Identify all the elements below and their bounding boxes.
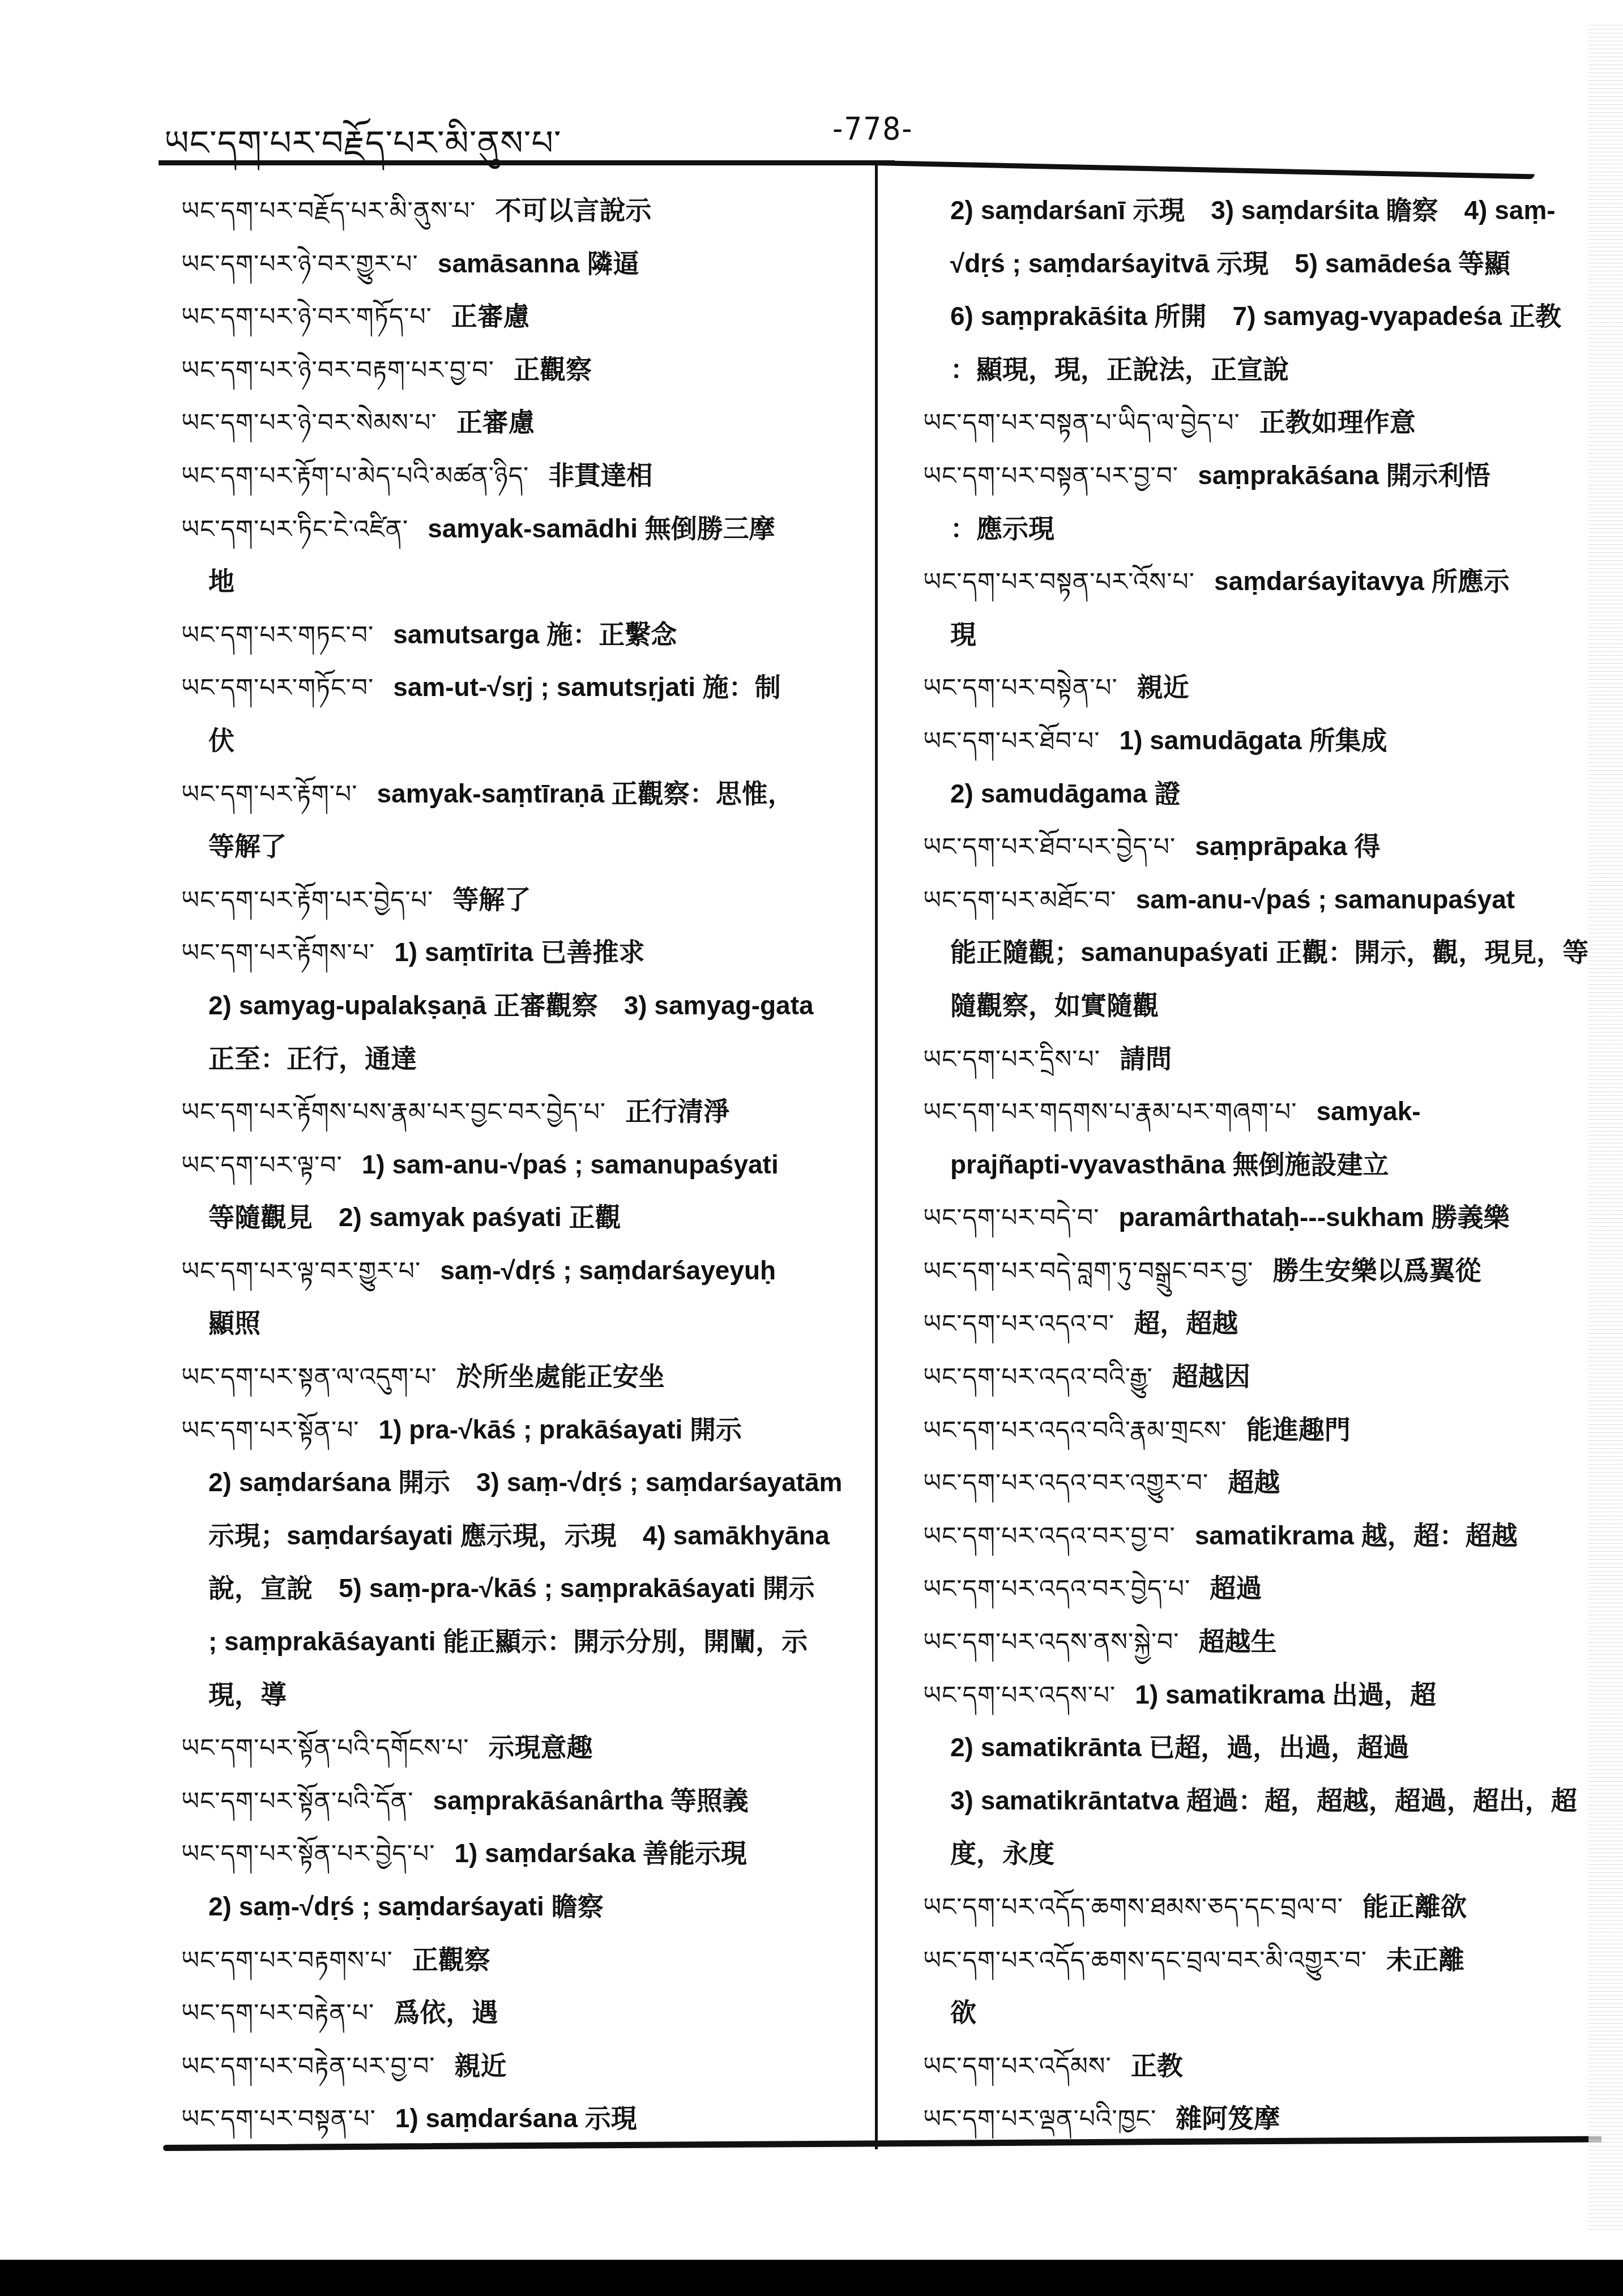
definition-text: 3) samatikrāntatva 超過：超，超越，超過，超出，超 bbox=[950, 1786, 1577, 1815]
definition-text: ; saṃprakāśayanti 能正顯示：開示分別，開闡，示 bbox=[208, 1627, 808, 1656]
definition-text: 超，超越 bbox=[1134, 1308, 1238, 1338]
definition-text: √dṛś ; saṃdarśayitvā 示現 5) samādeśa 等顯 bbox=[950, 249, 1510, 278]
dictionary-entry: ཡང་དག་པར་གཏོང་བ་sam-ut-√sṛj ; samutsṛjat… bbox=[181, 661, 861, 714]
definition-text: 正審慮 bbox=[451, 301, 529, 331]
dictionary-entry: ཡང་དག་པར་ལྟ་བ་1) sam-anu-√paś ; samanupa… bbox=[181, 1138, 861, 1192]
definition-text: samatikrama 越，超：超越 bbox=[1195, 1521, 1518, 1550]
definition-text: 地 bbox=[208, 566, 234, 596]
dictionary-entry: ཡང་དག་པར་རྟོག་པ་མེད་པའི་མཚན་ཉིད་非貫達相 bbox=[181, 449, 861, 502]
entry-continuation: 2) samatikrānta 已超，過，出過，超過 bbox=[923, 1721, 1574, 1774]
dictionary-entry: ཡང་དག་པར་བརྟེན་པ་爲依，遇 bbox=[181, 1986, 861, 2039]
entry-continuation: 顯照 bbox=[181, 1297, 861, 1350]
dictionary-entry: ཡང་དག་པར་རྟོག་པ་samyak-saṃtīraṇā 正觀察：思惟， bbox=[181, 767, 861, 821]
definition-text: 1) pra-√kāś ; prakāśayati 開示 bbox=[379, 1415, 742, 1444]
definition-text: 能正隨觀；samanupaśyati 正觀：開示，觀，現見，等 bbox=[950, 937, 1588, 967]
definition-text: 等解了 bbox=[452, 885, 531, 914]
definition-text: 等隨觀見 2) samyak paśyati 正觀 bbox=[208, 1202, 621, 1232]
definition-text: 2) saṃ-√dṛś ; saṃdarśayati 瞻察 bbox=[208, 1892, 604, 1921]
definition-text: saṃprāpaka 得 bbox=[1195, 831, 1380, 861]
column-divider bbox=[875, 161, 878, 2149]
definition-text: saṃprakāśanârtha 等照義 bbox=[433, 1786, 748, 1815]
definition-text: 2) samyag-upalakṣaṇā 正審觀察 3) samyag-gata bbox=[208, 991, 814, 1020]
dictionary-entry: ཡང་དག་པར་དྲིས་པ་請問 bbox=[923, 1032, 1574, 1086]
tibetan-headword: ཡང་དག་པར་གཏོང་བ་ bbox=[181, 673, 374, 702]
dictionary-entry: ཡང་དག་པར་རྟོགས་པ་1) saṃtīrita 已善推求 bbox=[181, 926, 861, 979]
definition-text: 勝生安樂以爲翼從 bbox=[1272, 1256, 1481, 1285]
definition-text: 欲 bbox=[950, 1998, 976, 2027]
dictionary-entry: ཡང་དག་པར་སྟོན་པའི་དགོངས་པ་示現意趣 bbox=[181, 1721, 861, 1774]
tibetan-headword: ཡང་དག་པར་འདས་པ་ bbox=[923, 1681, 1116, 1710]
definition-text: saṃprakāśana 開示利悟 bbox=[1198, 460, 1490, 490]
definition-text: 1) samudāgata 所集成 bbox=[1120, 725, 1387, 755]
dictionary-entry: ཡང་དག་པར་མཐོང་བ་sam-anu-√paś ; samanupaś… bbox=[923, 873, 1574, 927]
tibetan-headword: ཡང་དག་པར་སྟོན་པའི་དོན་ bbox=[181, 1787, 413, 1816]
tibetan-headword: ཡང་དག་པར་བདེ་བླག་ཏུ་བསྒྲུང་བར་བྱ་ bbox=[923, 1257, 1253, 1286]
entry-continuation: 現 bbox=[923, 608, 1574, 662]
definition-text: 親近 bbox=[1137, 672, 1189, 702]
dictionary-entry: ཡང་དག་པར་བརྗོད་པར་མི་ནུས་པ་不可以言說示 bbox=[181, 184, 861, 237]
definition-text: 2) saṃdarśana 開示 3) saṃ-√dṛś ; saṃdarśay… bbox=[208, 1467, 843, 1497]
definition-text: 1) sam-anu-√paś ; samanupaśyati bbox=[362, 1150, 779, 1179]
dictionary-entry: ཡང་དག་པར་བརྟེན་པར་བྱ་བ་親近 bbox=[181, 2039, 861, 2093]
entry-continuation: 地 bbox=[181, 555, 861, 608]
tibetan-headword: ཡང་དག་པར་བདེ་བ་ bbox=[923, 1204, 1099, 1232]
dictionary-entry: ཡང་དག་པར་འདའ་བ་超，超越 bbox=[923, 1297, 1574, 1350]
entry-continuation: 2) samyag-upalakṣaṇā 正審觀察 3) samyag-gata bbox=[181, 979, 861, 1032]
tibetan-headword: ཡང་དག་པར་འདའ་བའི་རྒྱུ་ bbox=[923, 1363, 1153, 1392]
entry-continuation: ; saṃprakāśayanti 能正顯示：開示分別，開闡，示 bbox=[181, 1615, 861, 1668]
definition-text: 正行清淨 bbox=[625, 1096, 729, 1126]
tibetan-headword: ཡང་དག་པར་དྲིས་པ་ bbox=[923, 1045, 1100, 1074]
entry-continuation: 說，宣說 5) saṃ-pra-√kāś ; saṃprakāśayati 開示 bbox=[181, 1562, 861, 1615]
definition-text: 正教如理作意 bbox=[1259, 407, 1416, 437]
dictionary-entry: ཡང་དག་པར་ཐོབ་པར་བྱེད་པ་saṃprāpaka 得 bbox=[923, 820, 1574, 873]
dictionary-entry: ཡང་དག་པར་ཉེ་བར་བརྟག་པར་བྱ་བ་正觀察 bbox=[181, 343, 861, 396]
definition-text: prajñapti-vyavasthāna 無倒施設建立 bbox=[950, 1150, 1389, 1179]
scan-bottom-bar bbox=[0, 2260, 1623, 2296]
definition-text: 親近 bbox=[455, 2051, 507, 2080]
tibetan-headword: ཡང་དག་པར་ལྟ་བ་ bbox=[181, 1151, 343, 1180]
dictionary-entry: ཡང་དག་པར་བདེ་བ་paramârthataḥ---sukham 勝義… bbox=[923, 1191, 1574, 1244]
definition-text: sam-anu-√paś ; samanupaśyat bbox=[1136, 885, 1515, 914]
tibetan-headword: ཡང་དག་པར་བརྗོད་པར་མི་ནུས་པ་ bbox=[181, 197, 476, 225]
tibetan-headword: ཡང་དག་པར་འདས་ནས་སྐྱེ་བ་ bbox=[923, 1628, 1180, 1657]
dictionary-entry: ཡང་དག་པར་སྟོན་པ་1) pra-√kāś ; prakāśayat… bbox=[181, 1403, 861, 1457]
dictionary-entry: ཡང་དག་པར་ལྡན་པའི་ཁྱང་雜阿笈摩 bbox=[923, 2092, 1574, 2145]
tibetan-headword: ཡང་དག་པར་གཏང་བ་ bbox=[181, 621, 374, 650]
header-rule-curved bbox=[872, 160, 1535, 180]
dictionary-entry: ཡང་དག་པར་གདགས་པ་རྣམ་པར་གཞག་པ་samyak- bbox=[923, 1085, 1574, 1138]
entry-continuation: 2) saṃdarśanī 示現 3) saṃdarśita 瞻察 4) saṃ… bbox=[923, 184, 1574, 237]
tibetan-headword: ཡང་དག་པར་འདའ་བར་འགྱུར་བ་ bbox=[923, 1469, 1208, 1497]
dictionary-entry: ཡང་དག་པར་གཏང་བ་samutsarga 施：正繫念 bbox=[181, 608, 861, 662]
definition-text: paramârthataḥ---sukham 勝義樂 bbox=[1118, 1202, 1509, 1232]
definition-text: sam-ut-√sṛj ; samutsṛjati 施：制 bbox=[393, 672, 781, 702]
dictionary-entry: ཡང་དག་པར་སྟོན་པར་བྱེད་པ་1) saṃdarśaka 善能… bbox=[181, 1827, 861, 1880]
tibetan-headword: ཡང་དག་པར་སྟན་ལ་འདུག་པ་ bbox=[181, 1363, 437, 1392]
dictionary-entry: ཡང་དག་པར་ཐོབ་པ་1) samudāgata 所集成 bbox=[923, 714, 1574, 767]
definition-text: samutsarga 施：正繫念 bbox=[393, 620, 677, 649]
entry-continuation: prajñapti-vyavasthāna 無倒施設建立 bbox=[923, 1138, 1574, 1192]
definition-text: 非貫達相 bbox=[548, 460, 652, 490]
tibetan-headword: ཡང་དག་པར་བསྟན་པ་ཡིད་ལ་བྱེད་པ་ bbox=[923, 408, 1240, 437]
definition-text: 6) saṃprakāśita 所開 7) samyag-vyapadeśa 正… bbox=[950, 301, 1561, 331]
tibetan-headword: ཡང་དག་པར་འདའ་བའི་རྣམ་གྲངས་ bbox=[923, 1416, 1227, 1445]
definition-text: 正觀察 bbox=[412, 1945, 490, 1974]
entry-continuation: 2) samudāgama 證 bbox=[923, 767, 1574, 821]
definition-text: 超越 bbox=[1228, 1467, 1280, 1497]
tibetan-headword: ཡང་དག་པར་བསྟན་པར་བྱ་བ་ bbox=[923, 462, 1178, 490]
tibetan-headword: ཡང་དག་པར་བསྟེན་པ་ bbox=[923, 673, 1118, 702]
definition-text: 未正離 bbox=[1386, 1945, 1464, 1974]
right-column: 2) saṃdarśanī 示現 3) saṃdarśita 瞻察 4) saṃ… bbox=[923, 184, 1574, 2145]
dictionary-entry: ཡང་དག་པར་འདའ་བར་བྱ་བ་samatikrama 越，超：超越 bbox=[923, 1509, 1574, 1563]
entry-continuation: 等隨觀見 2) samyak paśyati 正觀 bbox=[181, 1191, 861, 1244]
dictionary-entry: ཡང་དག་པར་བསྟེན་པ་親近 bbox=[923, 661, 1574, 714]
tibetan-headword: ཡང་དག་པར་འདའ་བ་ bbox=[923, 1309, 1114, 1338]
definition-text: samyak-samādhi 無倒勝三摩 bbox=[428, 514, 775, 543]
dictionary-entry: ཡང་དག་པར་འདོམས་正教 bbox=[923, 2039, 1574, 2093]
tibetan-headword: ཡང་དག་པར་ཉེ་བར་སེམས་པ་ bbox=[181, 408, 437, 437]
dictionary-entry: ཡང་དག་པར་སྟོན་པའི་དོན་saṃprakāśanârtha 等… bbox=[181, 1774, 861, 1828]
header-rule bbox=[159, 160, 895, 165]
definition-text: 能進趣門 bbox=[1246, 1415, 1351, 1444]
tibetan-headword: ཡང་དག་པར་ཐོབ་པར་བྱེད་པ་ bbox=[923, 833, 1176, 861]
page-number: -778- bbox=[832, 110, 913, 147]
definition-text: 2) samatikrānta 已超，過，出過，超過 bbox=[950, 1732, 1409, 1762]
tibetan-headword: ཡང་དག་པར་བརྟེན་པར་བྱ་བ་ bbox=[181, 2052, 435, 2081]
entry-continuation: 6) saṃprakāśita 所開 7) samyag-vyapadeśa 正… bbox=[923, 290, 1574, 343]
dictionary-entry: ཡང་དག་པར་བསྟན་པར་འོས་པ་saṃdarśayitavya 所… bbox=[923, 555, 1574, 608]
definition-text: ：應示現 bbox=[950, 514, 1054, 543]
tibetan-headword: ཡང་དག་པར་རྟོགས་པས་རྣམ་པར་བྱང་བར་བྱེད་པ་ bbox=[181, 1098, 606, 1126]
tibetan-headword: ཡང་དག་པར་འདོམས་ bbox=[923, 2052, 1112, 2081]
dictionary-entry: ཡང་དག་པར་རྟོག་པར་བྱེད་པ་等解了 bbox=[181, 873, 861, 927]
tibetan-headword: ཡང་དག་པར་བསྟན་པ་ bbox=[181, 2105, 376, 2133]
dictionary-entry: ཡང་དག་པར་འདའ་བར་བྱེད་པ་超過 bbox=[923, 1562, 1574, 1615]
definition-text: 超越生 bbox=[1199, 1627, 1277, 1656]
tibetan-headword: ཡང་དག་པར་སྟོན་པར་བྱེད་པ་ bbox=[181, 1840, 435, 1868]
tibetan-headword: ཡང་དག་པར་རྟོག་པ་ bbox=[181, 780, 358, 809]
entry-continuation: 現，導 bbox=[181, 1668, 861, 1722]
definition-text: 不可以言說示 bbox=[496, 195, 652, 225]
definition-text: 2) saṃdarśanī 示現 3) saṃdarśita 瞻察 4) saṃ… bbox=[950, 195, 1556, 225]
dictionary-entry: ཡང་དག་པར་འདའ་བའི་རྣམ་གྲངས་能進趣門 bbox=[923, 1403, 1574, 1457]
tibetan-headword: ཡང་དག་པར་འདའ་བར་བྱ་བ་ bbox=[923, 1522, 1176, 1551]
definition-text: 示現意趣 bbox=[489, 1732, 593, 1762]
definition-text: 說，宣說 5) saṃ-pra-√kāś ; saṃprakāśayati 開示 bbox=[208, 1573, 815, 1603]
entry-continuation: 能正隨觀；samanupaśyati 正觀：開示，觀，現見，等 bbox=[923, 926, 1574, 979]
definition-text: 2) samudāgama 證 bbox=[950, 779, 1180, 808]
tibetan-headword: ཡང་དག་པར་བརྟགས་པ་ bbox=[181, 1946, 393, 1975]
tibetan-headword: ཡང་དག་པར་འདོད་ཆགས་ཐམས་ཅད་དང་བྲལ་བ་ bbox=[923, 1893, 1343, 1922]
dictionary-entry: ཡང་དག་པར་འདས་པ་1) samatikrama 出過，超 bbox=[923, 1668, 1574, 1722]
entry-continuation: 2) saṃ-√dṛś ; saṃdarśayati 瞻察 bbox=[181, 1880, 861, 1934]
definition-text: saṃdarśayitavya 所應示 bbox=[1214, 566, 1510, 596]
dictionary-entry: ཡང་དག་པར་བདེ་བླག་ཏུ་བསྒྲུང་བར་བྱ་勝生安樂以爲翼… bbox=[923, 1244, 1574, 1298]
entry-continuation: ：應示現 bbox=[923, 502, 1574, 556]
entry-continuation: 伏 bbox=[181, 714, 861, 767]
definition-text: 現，導 bbox=[208, 1680, 287, 1709]
entry-continuation: 3) samatikrāntatva 超過：超，超越，超過，超出，超 bbox=[923, 1774, 1574, 1828]
tibetan-headword: ཡང་དག་པར་རྟོག་པར་བྱེད་པ་ bbox=[181, 886, 433, 915]
definition-text: samāsanna 隣逼 bbox=[438, 249, 639, 278]
entry-continuation: 示現；saṃdarśayati 應示現，示現 4) samākhyāna bbox=[181, 1509, 861, 1563]
definition-text: samyak- bbox=[1316, 1096, 1420, 1126]
definition-text: 1) saṃtīrita 已善推求 bbox=[394, 937, 644, 967]
dictionary-entry: ཡང་དག་པར་བསྟན་པ་ཡིད་ལ་བྱེད་པ་正教如理作意 bbox=[923, 396, 1574, 449]
tibetan-headword: ཡང་དག་པར་བརྟེན་པ་ bbox=[181, 1999, 374, 2028]
dictionary-entry: ཡང་དག་པར་སྟན་ལ་འདུག་པ་於所坐處能正安坐 bbox=[181, 1350, 861, 1403]
tibetan-headword: ཡང་དག་པར་ཉེ་བར་བརྟག་པར་བྱ་བ་ bbox=[181, 356, 494, 385]
tibetan-headword: ཡང་དག་པར་མཐོང་བ་ bbox=[923, 886, 1117, 915]
definition-text: 於所坐處能正安坐 bbox=[456, 1362, 665, 1391]
tibetan-headword: ཡང་དག་པར་རྟོགས་པ་ bbox=[181, 938, 375, 967]
left-column: ཡང་དག་པར་བརྗོད་པར་མི་ནུས་པ་不可以言說示ཡང་དག་པ… bbox=[181, 184, 861, 2145]
tibetan-headword: ཡང་དག་པར་སྟོན་པ་ bbox=[181, 1416, 360, 1445]
tibetan-headword: ཡང་དག་པར་ཉེ་བར་གཏོད་པ་ bbox=[181, 302, 432, 331]
dictionary-entry: ཡང་དག་པར་བརྟགས་པ་正觀察 bbox=[181, 1934, 861, 1987]
dictionary-entry: ཡང་དག་པར་ཉེ་བར་གཏོད་པ་正審慮 bbox=[181, 290, 861, 343]
tibetan-headword: ཡང་དག་པར་ལྟ་བར་གྱུར་པ་ bbox=[181, 1257, 421, 1286]
dictionary-entry: ཡང་དག་པར་ཏིང་ངེ་འཛིན་samyak-samādhi 無倒勝三… bbox=[181, 502, 861, 556]
scan-edge-noise bbox=[1588, 23, 1623, 2231]
definition-text: saṃ-√dṛś ; saṃdarśayeyuḥ bbox=[440, 1256, 776, 1285]
definition-text: 正觀察 bbox=[514, 355, 592, 384]
entry-continuation: 隨觀察，如實隨觀 bbox=[923, 979, 1574, 1032]
dictionary-entry: ཡང་དག་པར་ཉེ་བར་གྱུར་པ་samāsanna 隣逼 bbox=[181, 237, 861, 291]
definition-text: 1) saṃdarśaka 善能示現 bbox=[454, 1838, 746, 1868]
definition-text: 1) samatikrama 出過，超 bbox=[1135, 1680, 1436, 1709]
dictionary-entry: ཡང་དག་པར་འདོད་ཆགས་ཐམས་ཅད་དང་བྲལ་བ་能正離欲 bbox=[923, 1880, 1574, 1934]
definition-text: samyak-saṃtīraṇā 正觀察：思惟， bbox=[377, 779, 794, 808]
definition-text: 示現；saṃdarśayati 應示現，示現 4) samākhyāna bbox=[208, 1521, 830, 1550]
tibetan-headword: ཡང་དག་པར་བསྟན་པར་འོས་པ་ bbox=[923, 567, 1195, 596]
tibetan-headword: ཡང་དག་པར་སྟོན་པའི་དགོངས་པ་ bbox=[181, 1734, 469, 1762]
definition-text: 超越因 bbox=[1172, 1362, 1250, 1391]
tibetan-headword: ཡང་དག་པར་འདའ་བར་བྱེད་པ་ bbox=[923, 1574, 1190, 1603]
definition-text: 能正離欲 bbox=[1363, 1892, 1467, 1921]
definition-text: 伏 bbox=[208, 725, 234, 755]
dictionary-entry: ཡང་དག་པར་བསྟན་པ་1) saṃdarśana 示現 bbox=[181, 2092, 861, 2145]
definition-text: 超過 bbox=[1210, 1573, 1262, 1603]
entry-continuation: 欲 bbox=[923, 1986, 1574, 2039]
definition-text: ：顯現，現，正說法，正宣說 bbox=[950, 355, 1289, 384]
definition-text: 度，永度 bbox=[950, 1838, 1054, 1868]
definition-text: 顯照 bbox=[208, 1308, 260, 1338]
definition-text: 請問 bbox=[1120, 1044, 1172, 1073]
definition-text: 正至：正行，通達 bbox=[208, 1044, 417, 1073]
entry-continuation: 度，永度 bbox=[923, 1827, 1574, 1880]
dictionary-entry: ཡང་དག་པར་ལྟ་བར་གྱུར་པ་saṃ-√dṛś ; saṃdarś… bbox=[181, 1244, 861, 1298]
entry-continuation: √dṛś ; saṃdarśayitvā 示現 5) samādeśa 等顯 bbox=[923, 237, 1574, 291]
tibetan-headword: ཡང་དག་པར་འདོད་ཆགས་དང་བྲལ་བར་མི་འགྱུར་བ་ bbox=[923, 1946, 1367, 1975]
entry-continuation: 正至：正行，通達 bbox=[181, 1032, 861, 1086]
dictionary-entry: ཡང་དག་པར་འདོད་ཆགས་དང་བྲལ་བར་མི་འགྱུར་བ་未… bbox=[923, 1934, 1574, 1987]
tibetan-headword: ཡང་དག་པར་རྟོག་པ་མེད་པའི་མཚན་ཉིད་ bbox=[181, 462, 529, 490]
definition-text: 隨觀察，如實隨觀 bbox=[950, 991, 1159, 1020]
dictionary-entry: ཡང་དག་པར་རྟོགས་པས་རྣམ་པར་བྱང་བར་བྱེད་པ་正… bbox=[181, 1085, 861, 1138]
dictionary-entry: ཡང་དག་པར་འདའ་བའི་རྒྱུ་超越因 bbox=[923, 1350, 1574, 1403]
dictionary-entry: ཡང་དག་པར་ཉེ་བར་སེམས་པ་正審慮 bbox=[181, 396, 861, 449]
entry-continuation: ：顯現，現，正說法，正宣說 bbox=[923, 343, 1574, 396]
entry-continuation: 2) saṃdarśana 開示 3) saṃ-√dṛś ; saṃdarśay… bbox=[181, 1456, 861, 1509]
dictionary-entry: ཡང་དག་པར་བསྟན་པར་བྱ་བ་saṃprakāśana 開示利悟 bbox=[923, 449, 1574, 502]
definition-text: 正教 bbox=[1131, 2051, 1183, 2080]
tibetan-headword: ཡང་དག་པར་གདགས་པ་རྣམ་པར་གཞག་པ་ bbox=[923, 1098, 1297, 1126]
definition-text: 現 bbox=[950, 620, 976, 649]
definition-text: 等解了 bbox=[208, 831, 287, 861]
definition-text: 爲依，遇 bbox=[394, 1998, 498, 2027]
tibetan-headword: ཡང་དག་པར་ཉེ་བར་གྱུར་པ་ bbox=[181, 250, 418, 279]
entry-continuation: 等解了 bbox=[181, 820, 861, 873]
tibetan-headword: ཡང་དག་པར་ཐོབ་པ་ bbox=[923, 727, 1100, 756]
dictionary-entry: ཡང་དག་པར་འདས་ནས་སྐྱེ་བ་超越生 bbox=[923, 1615, 1574, 1668]
definition-text: 正審慮 bbox=[456, 407, 535, 437]
page-header: ཡང་དག་པར་བརྗོད་པར་མི་ནུས་པ་ -778- bbox=[164, 105, 968, 156]
tibetan-headword: ཡང་དག་པར་ལྡན་པའི་ཁྱང་ bbox=[923, 2105, 1156, 2133]
definition-text: 1) saṃdarśana 示現 bbox=[395, 2103, 637, 2133]
definition-text: 雜阿笈摩 bbox=[1176, 2103, 1280, 2133]
tibetan-headword: ཡང་དག་པར་ཏིང་ངེ་འཛིན་ bbox=[181, 515, 408, 544]
dictionary-entry: ཡང་དག་པར་འདའ་བར་འགྱུར་བ་超越 bbox=[923, 1456, 1574, 1509]
